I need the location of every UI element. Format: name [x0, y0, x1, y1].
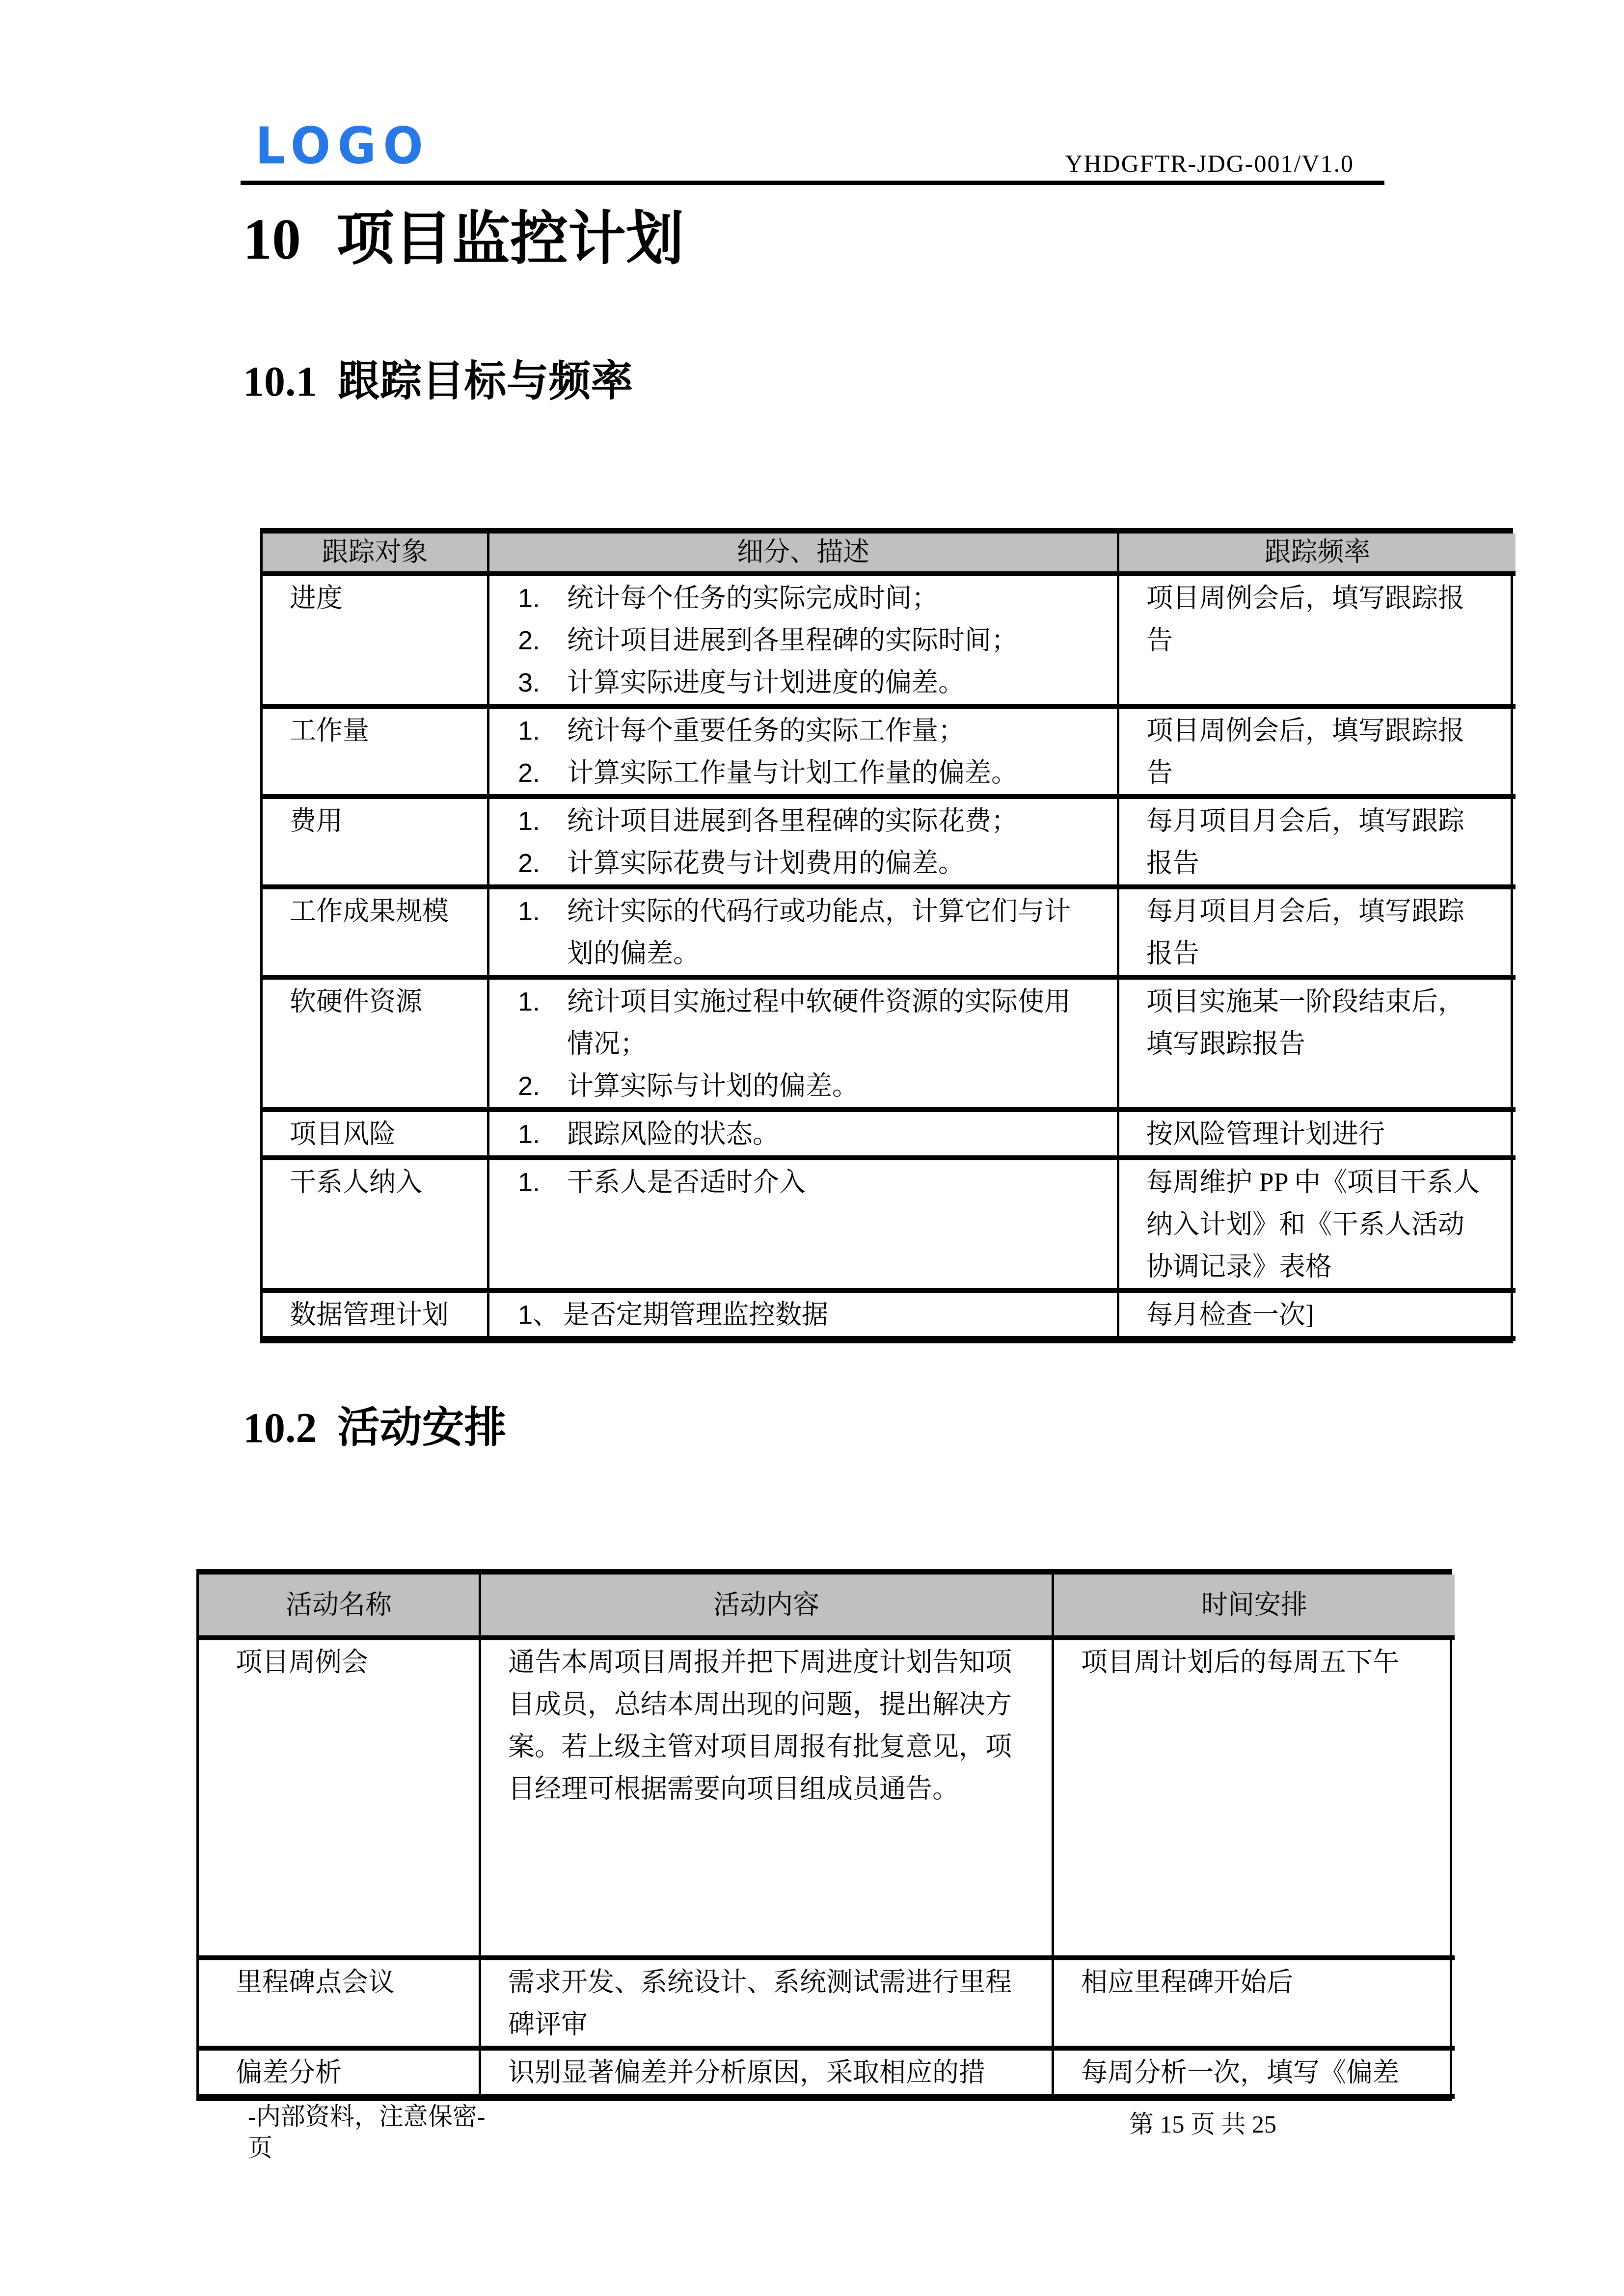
tracking-freq-cell: 项目周例会后，填写跟踪报告 — [1119, 709, 1516, 799]
activity-name-cell: 偏差分析 — [199, 2051, 481, 2099]
activity-content-cell: 通告本周项目周报并把下周进度计划告知项目成员，总结本周出现的问题，提出解决方案。… — [481, 1640, 1054, 1960]
activity-table-header-content: 活动内容 — [481, 1575, 1054, 1640]
section-title: 跟踪目标与频率 — [338, 358, 633, 405]
document-page: LOGO YHDGFTR-JDG-001/V1.0 10项目监控计划 10.1跟… — [0, 0, 1624, 2296]
tracking-desc-cell: 1.统计实际的代码行或功能点，计算它们与计划的偏差。 — [489, 889, 1119, 980]
tracking-object-cell: 费用 — [263, 799, 489, 889]
section-heading-101: 10.1跟踪目标与频率 — [243, 357, 633, 406]
tracking-freq-cell: 每月项目月会后，填写跟踪报告 — [1119, 889, 1516, 980]
tracking-object-cell: 干系人纳入 — [263, 1160, 489, 1293]
tracking-desc-cell: 1.干系人是否适时介入 — [489, 1160, 1119, 1293]
list-item: 1.统计每个重要任务的实际工作量； — [516, 710, 1107, 752]
item-text: 计算实际花费与计划费用的偏差。 — [567, 842, 1073, 884]
activity-time-cell: 每周分析一次，填写《偏差 — [1054, 2051, 1455, 2099]
tracking-freq-cell: 项目周例会后，填写跟踪报告 — [1119, 576, 1516, 709]
list-item: 1、是否定期管理监控数据 — [516, 1294, 1107, 1336]
document-number: YHDGFTR-JDG-001/V1.0 — [982, 149, 1354, 178]
item-text: 计算实际进度与计划进度的偏差。 — [567, 662, 1073, 704]
item-number: 2. — [518, 842, 567, 884]
activity-time-cell: 项目周计划后的每周五下午 — [1054, 1640, 1455, 1960]
section-number: 10.1 — [243, 358, 317, 405]
tracking-table: 跟踪对象 细分、描述 跟踪频率 进度 1.统计每个任务的实际完成时间； 2.统计… — [260, 528, 1513, 1343]
activity-content-cell: 识别显著偏差并分析原因，采取相应的措 — [481, 2051, 1054, 2099]
list-item: 1.统计项目实施过程中软硬件资源的实际使用情况； — [516, 981, 1107, 1065]
item-text: 统计每个重要任务的实际工作量； — [567, 710, 1073, 752]
tracking-table-header-object: 跟踪对象 — [263, 534, 489, 576]
tracking-freq-cell: 按风险管理计划进行 — [1119, 1112, 1516, 1160]
item-text: 统计实际的代码行或功能点，计算它们与计划的偏差。 — [567, 890, 1073, 975]
item-number: 2. — [518, 1065, 567, 1107]
list-item: 1.跟踪风险的状态。 — [516, 1113, 1107, 1155]
list-item: 2.计算实际与计划的偏差。 — [516, 1065, 1107, 1107]
item-text: 计算实际与计划的偏差。 — [567, 1065, 1073, 1107]
item-number: 1. — [518, 577, 567, 619]
footer-confidential-line2: 页 — [248, 2132, 485, 2163]
tracking-desc-cell: 1.统计项目实施过程中软硬件资源的实际使用情况； 2.计算实际与计划的偏差。 — [489, 980, 1119, 1112]
tracking-freq-cell: 每月检查一次] — [1119, 1293, 1516, 1341]
list-item: 2.计算实际花费与计划费用的偏差。 — [516, 842, 1107, 884]
list-item: 3.计算实际进度与计划进度的偏差。 — [516, 662, 1107, 704]
activity-name-cell: 项目周例会 — [199, 1640, 481, 1960]
chapter-heading: 10项目监控计划 — [243, 206, 684, 273]
item-number: 3. — [518, 662, 567, 704]
section-heading-102: 10.2活动安排 — [243, 1404, 507, 1452]
item-number: 1、 — [518, 1294, 559, 1336]
item-number: 1. — [518, 890, 567, 975]
list-item: 1.统计实际的代码行或功能点，计算它们与计划的偏差。 — [516, 890, 1107, 975]
item-number: 2. — [518, 619, 567, 662]
tracking-freq-cell: 每周维护 PP 中《项目干系人纳入计划》和《干系人活动协调记录》表格 — [1119, 1160, 1516, 1293]
company-logo: LOGO — [255, 121, 430, 172]
header-rule — [241, 181, 1384, 185]
item-number: 1. — [518, 981, 567, 1065]
list-item: 1.统计每个任务的实际完成时间； — [516, 577, 1107, 619]
activity-table-header-time: 时间安排 — [1054, 1575, 1455, 1640]
chapter-number: 10 — [243, 207, 301, 271]
tracking-freq-cell: 项目实施某一阶段结束后，填写跟踪报告 — [1119, 980, 1516, 1112]
item-text: 是否定期管理监控数据 — [563, 1294, 1069, 1336]
tracking-desc-cell: 1.统计每个重要任务的实际工作量； 2.计算实际工作量与计划工作量的偏差。 — [489, 709, 1119, 799]
tracking-object-cell: 项目风险 — [263, 1112, 489, 1160]
footer-confidential: -内部资料，注意保密- 页 — [248, 2101, 485, 2163]
tracking-desc-cell: 1.统计每个任务的实际完成时间； 2.统计项目进展到各里程碑的实际时间； 3.计… — [489, 576, 1119, 709]
activity-table: 活动名称 活动内容 时间安排 项目周例会 通告本周项目周报并把下周进度计划告知项… — [196, 1569, 1452, 2101]
activity-time-cell: 相应里程碑开始后 — [1054, 1960, 1455, 2051]
item-number: 1. — [518, 1113, 567, 1155]
item-text: 统计项目实施过程中软硬件资源的实际使用情况； — [567, 981, 1073, 1065]
section-title: 活动安排 — [338, 1404, 507, 1451]
item-text: 计算实际工作量与计划工作量的偏差。 — [567, 752, 1073, 794]
item-text: 统计项目进展到各里程碑的实际花费； — [567, 800, 1073, 842]
footer-page-info: 第 15 页 共 25 — [1129, 2105, 1276, 2140]
section-number: 10.2 — [243, 1404, 317, 1451]
item-text: 干系人是否适时介入 — [567, 1161, 1073, 1203]
tracking-desc-cell: 1、是否定期管理监控数据 — [489, 1293, 1119, 1341]
tracking-object-cell: 工作量 — [263, 709, 489, 799]
activity-name-cell: 里程碑点会议 — [199, 1960, 481, 2051]
tracking-object-cell: 软硬件资源 — [263, 980, 489, 1112]
list-item: 1.干系人是否适时介入 — [516, 1161, 1107, 1203]
list-item: 2.统计项目进展到各里程碑的实际时间； — [516, 619, 1107, 662]
tracking-freq-cell: 每月项目月会后，填写跟踪报告 — [1119, 799, 1516, 889]
chapter-title: 项目监控计划 — [336, 207, 684, 271]
item-text: 统计项目进展到各里程碑的实际时间； — [567, 619, 1073, 662]
activity-table-header-name: 活动名称 — [199, 1575, 481, 1640]
tracking-object-cell: 工作成果规模 — [263, 889, 489, 980]
list-item: 1.统计项目进展到各里程碑的实际花费； — [516, 800, 1107, 842]
item-number: 2. — [518, 752, 567, 794]
tracking-object-cell: 数据管理计划 — [263, 1293, 489, 1341]
item-text: 统计每个任务的实际完成时间； — [567, 577, 1073, 619]
footer-confidential-line1: -内部资料，注意保密- — [248, 2101, 485, 2132]
activity-content-cell: 需求开发、系统设计、系统测试需进行里程碑评审 — [481, 1960, 1054, 2051]
item-number: 1. — [518, 1161, 567, 1203]
tracking-table-header-freq: 跟踪频率 — [1119, 534, 1516, 576]
tracking-object-cell: 进度 — [263, 576, 489, 709]
list-item: 2.计算实际工作量与计划工作量的偏差。 — [516, 752, 1107, 794]
item-number: 1. — [518, 710, 567, 752]
item-number: 1. — [518, 800, 567, 842]
tracking-desc-cell: 1.统计项目进展到各里程碑的实际花费； 2.计算实际花费与计划费用的偏差。 — [489, 799, 1119, 889]
tracking-table-header-desc: 细分、描述 — [489, 534, 1119, 576]
tracking-desc-cell: 1.跟踪风险的状态。 — [489, 1112, 1119, 1160]
item-text: 跟踪风险的状态。 — [567, 1113, 1073, 1155]
